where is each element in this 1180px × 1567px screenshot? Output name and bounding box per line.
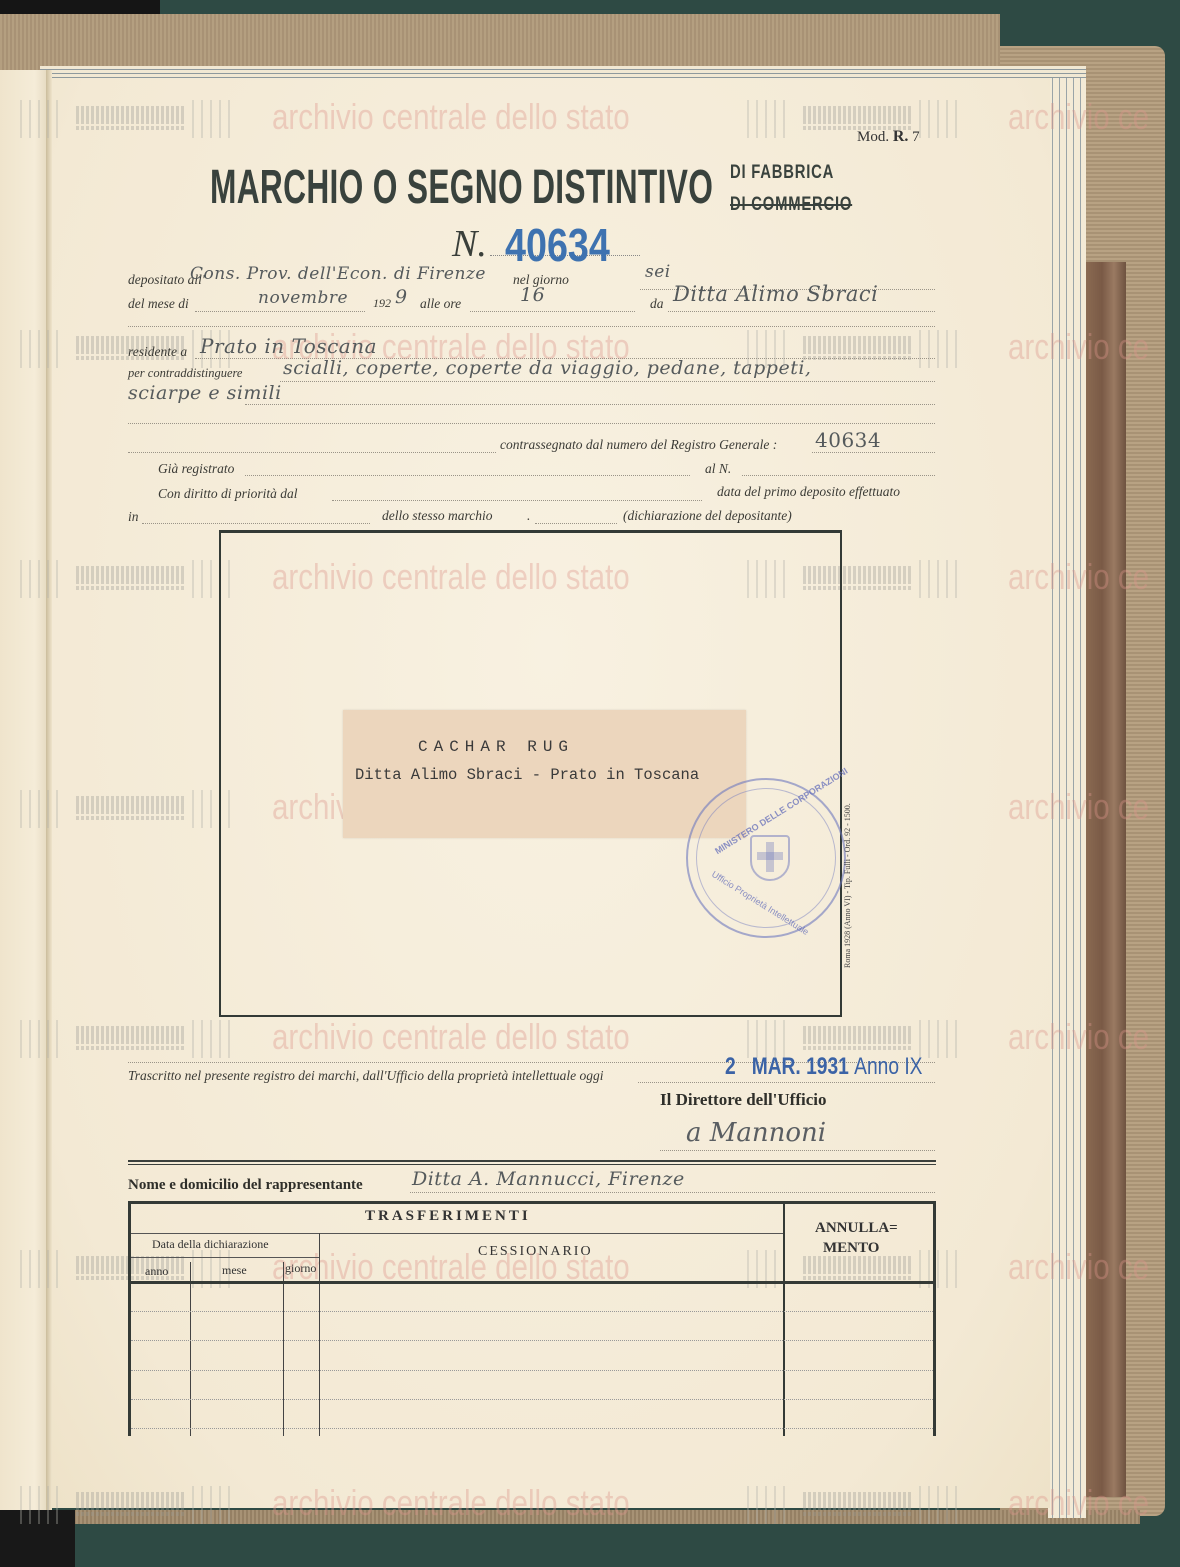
general-register-value: 40634 [815, 428, 881, 452]
dotline [128, 452, 496, 453]
col-date-group: Data della dichiarazione [152, 1237, 269, 1252]
watermark-text-partial: archivio ce [1008, 786, 1149, 828]
dotline [245, 404, 935, 405]
general-register-label: contrassegnato dal numero del Registro G… [500, 437, 777, 453]
priority-field [332, 500, 702, 501]
director-signature: a Mannoni [686, 1118, 826, 1148]
watermark-text: archivio centrale dello stato [272, 1482, 630, 1524]
at-number-field [742, 475, 935, 476]
archive-logo-icon [8, 1486, 238, 1526]
book-cloth-top [0, 14, 1000, 70]
table-row-line [131, 1399, 933, 1400]
date-month: MAR. [752, 1053, 801, 1080]
deposited-at-value: Cons. Prov. dell'Econ. di Firenze [190, 264, 486, 284]
archive-logo-icon [735, 100, 965, 140]
director-label: Il Direttore dell'Ufficio [660, 1090, 827, 1110]
depositor-value: Ditta Alimo Sbraci [673, 282, 878, 306]
month-label: del mese di [128, 296, 189, 312]
dotline [470, 311, 635, 312]
archive-logo-icon [735, 1486, 965, 1526]
table-rule [131, 1233, 784, 1234]
table-divider-month [283, 1262, 284, 1436]
representative-label: Nome e domicilio del rappresentante [128, 1177, 363, 1194]
archive-logo-icon [8, 560, 238, 600]
register-number-stamp: 40634 [505, 218, 610, 272]
form-code-prefix: Mod. [857, 129, 889, 145]
form-code: Mod. R. 7 [857, 128, 920, 146]
subtitle-fabbrica: DI FABBRICA [730, 162, 834, 184]
dotline [638, 1082, 935, 1083]
watermark-text-partial: archivio ce [1008, 1482, 1149, 1524]
purpose-label: per contraddistinguere [128, 366, 242, 381]
table-rule [131, 1257, 319, 1258]
col-assignee: CESSIONARIO [478, 1244, 593, 1260]
table-row-line [131, 1428, 933, 1429]
trademark-name: CACHAR RUG [418, 738, 574, 756]
priority-label: Con diritto di priorità dal [158, 486, 298, 502]
printer-imprint: Roma 1928 (Anno VI) - Tip. Fulli - Ord. … [843, 803, 852, 968]
col-month: mese [222, 1263, 247, 1278]
watermark-text: archivio centrale dello stato [272, 1016, 630, 1058]
form-code-letter: R. [893, 128, 909, 145]
declaration-label: (dichiarazione del depositante) [623, 508, 792, 524]
resident-value: Prato in Toscana [200, 334, 377, 358]
trademark-owner: Ditta Alimo Sbraci - Prato in Toscana [355, 766, 699, 784]
archive-logo-icon [8, 1020, 238, 1060]
dotline [410, 1192, 935, 1193]
hour-value: 16 [520, 284, 545, 306]
hour-label: alle ore [420, 296, 461, 312]
archive-logo-icon [8, 790, 238, 830]
table-divider-cancel [783, 1201, 785, 1436]
number-label: N. [452, 222, 487, 266]
dotline [812, 452, 935, 453]
transcription-label: Trascritto nel presente registro dei mar… [128, 1068, 603, 1084]
month-value: novembre [258, 288, 348, 308]
cross-icon-bar [757, 852, 783, 860]
representative-value: Ditta A. Mannucci, Firenze [412, 1168, 685, 1190]
dotline [668, 311, 935, 312]
watermark-text-partial: archivio ce [1008, 326, 1149, 368]
archive-logo-icon [8, 100, 238, 140]
section-rule-thin [128, 1164, 936, 1165]
by-label: da [650, 296, 664, 312]
dotline [660, 1150, 935, 1151]
transcription-date-stamp: 2 MAR. 1931 Anno IX [725, 1053, 922, 1081]
already-registered-field [245, 475, 690, 476]
purpose-line-2: sciarpe e simili [128, 382, 282, 404]
table-row-line [131, 1370, 933, 1371]
table-row-line [131, 1311, 933, 1312]
in-field [142, 523, 370, 524]
section-rule [128, 1160, 936, 1162]
transfers-title: TRASFERIMENTI [365, 1208, 531, 1225]
resident-label: residente a [128, 344, 187, 360]
col-day: giorno [285, 1261, 316, 1276]
date-era: Anno IX [854, 1053, 922, 1080]
binding-leather-strip [1086, 262, 1126, 1497]
same-mark-label: dello stesso marchio [382, 508, 493, 524]
first-deposit-label: data del primo deposito effettuato [717, 484, 900, 500]
at-number-label: al N. [705, 461, 731, 477]
in-label: in [128, 509, 139, 525]
watermark-text-partial: archivio ce [1008, 556, 1149, 598]
day-value: sei [645, 262, 671, 282]
col-cancel-line1: ANNULLA= [815, 1220, 898, 1237]
date-day: 2 [725, 1053, 736, 1080]
already-registered-label: Già registrato [158, 461, 234, 477]
year-prefix: 192 [373, 296, 391, 311]
dotline [535, 523, 617, 524]
form-code-number: 7 [912, 129, 920, 145]
table-header-rule [131, 1281, 933, 1284]
dot-mark: . [527, 508, 530, 524]
subtitle-commercio-struck: DI COMMERCIO [730, 194, 852, 216]
col-year: anno [145, 1264, 168, 1279]
col-cancel-line2: MENTO [823, 1240, 879, 1257]
document-title: MARCHIO O SEGNO DISTINTIVO [210, 160, 713, 215]
watermark-text-partial: archivio ce [1008, 96, 1149, 138]
table-row-line [131, 1340, 933, 1341]
watermark-text-partial: archivio ce [1008, 1016, 1149, 1058]
table-divider-date [319, 1233, 320, 1436]
purpose-line-1: scialli, coperte, coperte da viaggio, pe… [283, 357, 811, 379]
dotline [280, 381, 935, 382]
dotline [195, 311, 365, 312]
dotline [128, 423, 935, 424]
dotline [128, 326, 935, 327]
watermark-text-partial: archivio ce [1008, 1246, 1149, 1288]
ministry-seal-stamp: MINISTERO DELLE CORPORAZIONI Ufficio Pro… [686, 778, 846, 938]
table-divider-year [190, 1262, 191, 1436]
year-value: 9 [395, 286, 408, 308]
date-year: 1931 [806, 1053, 849, 1080]
watermark-text: archivio centrale dello stato [272, 96, 630, 138]
